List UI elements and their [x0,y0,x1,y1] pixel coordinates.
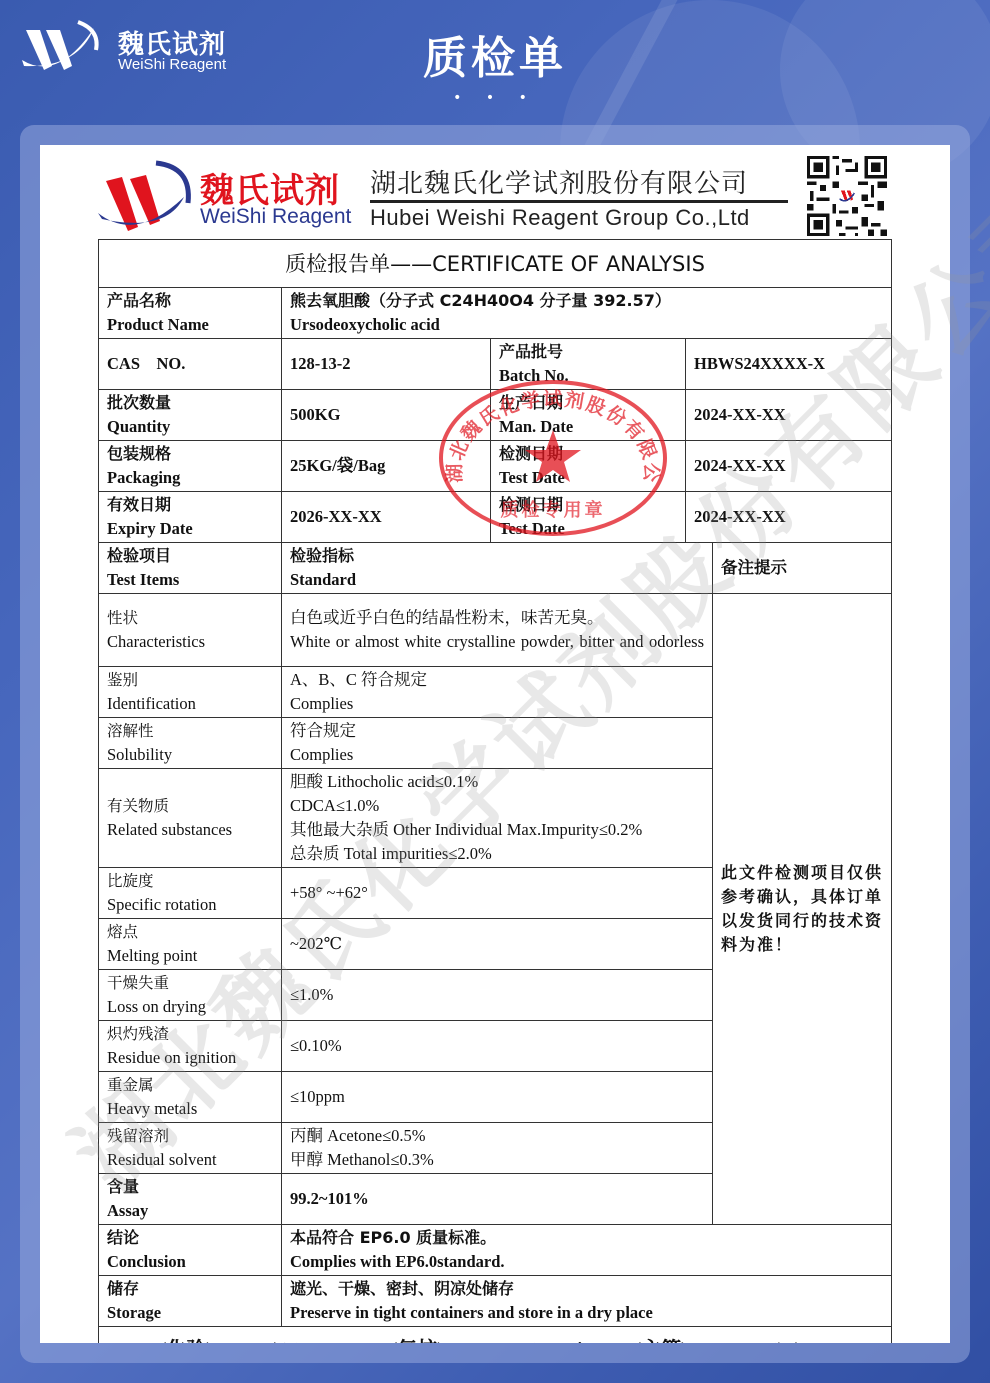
test-item-standard: 符合规定Complies [282,718,713,769]
table-row-expiry: 有效日期 Expiry Date 2026-XX-XX 检测日期 Test Da… [99,492,892,543]
standard-line: 符合规定 [290,719,704,743]
test-name-en: Residue on ignition [107,1046,273,1070]
label-en: Man. Date [499,415,677,439]
retester-label: Re-tester(复核): [313,1339,451,1344]
signatures-cell: Tester(化验):Li jun 李军 Re-tester(复核):Wangy… [99,1327,892,1344]
header-en: Standard [290,568,704,592]
value-cell: 遮光、干燥、密封、阴凉处储存 Preserve in tight contain… [282,1276,892,1327]
label-en: Expiry Date [107,517,273,541]
value-cell: 熊去氧胆酸（分子式 C24H40O4 分子量 392.57） Ursodeoxy… [282,288,892,339]
test-name-cn: 比旋度 [107,869,273,893]
label-cell: 包装规格 Packaging [99,441,282,492]
standard-line: Complies [290,692,704,716]
weishi-logo-icon [96,157,196,237]
page-title: 质检单 [0,22,990,86]
test-name-cn: 炽灼残渣 [107,1022,273,1046]
table-row-conclusion: 结论 Conclusion 本品符合 EP6.0 质量标准。 Complies … [99,1225,892,1276]
label-cell: 储存 Storage [99,1276,282,1327]
label-cell: 批次数量 Quantity [99,390,282,441]
standard-line: 总杂质 Total impurities≤2.0% [290,842,704,866]
test-name-cn: 有关物质 [107,794,273,818]
cas-label: CAS NO. [99,339,282,390]
header-cn: 检验指标 [290,544,704,568]
test-name-cn: 含量 [107,1175,273,1199]
storage-cn: 遮光、干燥、密封、阴凉处储存 [290,1277,883,1301]
test-name-en: Melting point [107,944,273,968]
standard-line: White or almost white crystalline powder… [290,630,704,654]
director-name: Zhangjian [694,1343,765,1344]
test-date-value: 2024-XX-XX [686,441,892,492]
standard-line: Complies [290,743,704,767]
label-cn: 检测日期 [499,493,677,517]
label-cn: 生产日期 [499,391,677,415]
standard-line: 白色或近乎白色的结晶性粉末，味苦无臭。 [290,606,704,630]
tester-label: Tester(化验): [107,1339,220,1344]
test-name-en: Solubility [107,743,273,767]
label-en: Batch No. [499,364,677,388]
label-en: Test Date [499,517,677,541]
remarks-cell: 此文件检测项目仅供参考确认，具体订单以发货同行的技术资料为准！ [713,594,892,1225]
test-item-name: 残留溶剂Residual solvent [99,1123,282,1174]
table-row-storage: 储存 Storage 遮光、干燥、密封、阴凉处储存 Preserve in ti… [99,1276,892,1327]
test-date-value: 2024-XX-XX [686,492,892,543]
test-item-standard: 白色或近乎白色的结晶性粉末，味苦无臭。White or almost white… [282,594,713,667]
label-cn: 包装规格 [107,442,273,466]
label-cn: 产品批号 [499,340,677,364]
company-name-en: Hubei Weishi Reagent Group Co.,Ltd [370,205,750,231]
test-name-en: Related substances [107,818,273,842]
label-en: Conclusion [107,1250,273,1274]
label-en: Storage [107,1301,273,1325]
certificate-title-text: 质检报告单——CERTIFICATE OF ANALYSIS [285,252,705,276]
batch-value: HBWS24XXXX-X [686,339,892,390]
label-en: Product Name [107,313,273,337]
test-item-name: 含量Assay [99,1174,282,1225]
director-label: Director(主管): [563,1339,695,1344]
test-item-name: 熔点Melting point [99,919,282,970]
letterhead-brand-en: WeiShi Reagent [200,205,351,229]
test-name-en: Heavy metals [107,1097,273,1121]
test-name-cn: 性状 [107,606,273,630]
column-header-test-items: 检验项目 Test Items [99,543,282,594]
test-name-cn: 鉴别 [107,668,273,692]
test-item-row: 性状Characteristics白色或近乎白色的结晶性粉末，味苦无臭。Whit… [99,594,892,667]
table-header-row: 检验项目 Test Items 检验指标 Standard 备注提示 [99,543,892,594]
letterhead-divider [370,200,788,203]
director-name-cn: 张建 [770,1341,802,1344]
label-cell: 生产日期 Man. Date [491,390,686,441]
standard-line: 其他最大杂质 Other Individual Max.Impurity≤0.2… [290,818,704,842]
label-cn: 产品名称 [107,289,273,313]
header-en: Test Items [107,568,273,592]
label-cn: 结论 [107,1226,273,1250]
label-cell: 产品批号 Batch No. [491,339,686,390]
test-item-name: 炽灼残渣Residue on ignition [99,1021,282,1072]
test-item-standard: 丙酮 Acetone≤0.5%甲醇 Methanol≤0.3% [282,1123,713,1174]
label-cn: 有效日期 [107,493,273,517]
test-name-cn: 干燥失重 [107,971,273,995]
certificate-table: 质检报告单——CERTIFICATE OF ANALYSIS 产品名称 Prod… [98,239,892,1343]
label-en: Test Date [499,466,677,490]
column-header-remarks: 备注提示 [713,543,892,594]
conclusion-cn: 本品符合 EP6.0 质量标准。 [290,1226,883,1250]
standard-line: 丙酮 Acetone≤0.5% [290,1124,704,1148]
test-item-standard: ~202℃ [282,919,713,970]
standard-line: ≤1.0% [290,983,704,1007]
test-name-en: Assay [107,1199,273,1223]
value-cell: 本品符合 EP6.0 质量标准。 Complies with EP6.0stan… [282,1225,892,1276]
retester-name-cn: 王云 [521,1341,553,1344]
test-item-standard: ≤1.0% [282,970,713,1021]
standard-line: 胆酸 Lithocholic acid≤0.1% [290,770,704,794]
table-row-cas-batch: CAS NO. 128-13-2 产品批号 Batch No. HBWS24XX… [99,339,892,390]
test-item-standard: A、B、C 符合规定Complies [282,667,713,718]
company-name-cn: 湖北魏氏化学试剂股份有限公司 [370,163,748,200]
test-item-name: 干燥失重Loss on drying [99,970,282,1021]
test-item-name: 比旋度Specific rotation [99,868,282,919]
table-row-packaging: 包装规格 Packaging 25KG/袋/Bag 检测日期 Test Date… [99,441,892,492]
test-name-en: Specific rotation [107,893,273,917]
title-dots-decoration: • • • [0,90,990,106]
standard-line: A、B、C 符合规定 [290,668,704,692]
label-cn: 批次数量 [107,391,273,415]
test-item-standard: ≤10ppm [282,1072,713,1123]
standard-line: ≤0.10% [290,1034,704,1058]
test-item-name: 鉴别Identification [99,667,282,718]
test-item-name: 有关物质Related substances [99,769,282,868]
certificate-title: 质检报告单——CERTIFICATE OF ANALYSIS [99,240,892,288]
label-cell: 检测日期 Test Date [491,441,686,492]
conclusion-en: Complies with EP6.0standard. [290,1250,883,1274]
product-name-cn: 熊去氧胆酸（分子式 C24H40O4 分子量 392.57） [290,289,883,313]
label-cell: 有效日期 Expiry Date [99,492,282,543]
storage-en: Preserve in tight containers and store i… [290,1301,883,1325]
standard-line: +58° ~+62° [290,881,704,905]
test-item-name: 性状Characteristics [99,594,282,667]
retester-name: Wangyun [451,1343,517,1344]
table-row-product-name: 产品名称 Product Name 熊去氧胆酸（分子式 C24H40O4 分子量… [99,288,892,339]
test-name-en: Characteristics [107,630,273,654]
quantity-value: 500KG [282,390,491,441]
label-cn: 检测日期 [499,442,677,466]
tester-name-cn: 李军 [267,1341,299,1344]
test-name-cn: 重金属 [107,1073,273,1097]
label-cell: 结论 Conclusion [99,1225,282,1276]
test-item-standard: 99.2~101% [282,1174,713,1225]
tester-name: Li jun [220,1343,262,1344]
certificate-paper: 魏氏试剂 WeiShi Reagent 湖北魏氏化学试剂股份有限公司 Hubei… [40,145,950,1343]
label-cell: 产品名称 Product Name [99,288,282,339]
remark-note: 此文件检测项目仅供参考确认，具体订单以发货同行的技术资料为准！ [721,861,883,957]
standard-line: ~202℃ [290,932,704,956]
product-name-en: Ursodeoxycholic acid [290,313,883,337]
label-cell: 检测日期 Test Date [491,492,686,543]
qr-code-icon [807,156,887,236]
table-row-quantity: 批次数量 Quantity 500KG 生产日期 Man. Date 2024-… [99,390,892,441]
certificate-title-row: 质检报告单——CERTIFICATE OF ANALYSIS [99,240,892,288]
test-item-name: 溶解性Solubility [99,718,282,769]
test-items-body: 性状Characteristics白色或近乎白色的结晶性粉末，味苦无臭。Whit… [99,594,892,1225]
standard-line: CDCA≤1.0% [290,794,704,818]
test-item-standard: +58° ~+62° [282,868,713,919]
label-en: Quantity [107,415,273,439]
test-item-name: 重金属Heavy metals [99,1072,282,1123]
packaging-value: 25KG/袋/Bag [282,441,491,492]
standard-line: ≤10ppm [290,1085,704,1109]
column-header-standard: 检验指标 Standard [282,543,713,594]
test-name-cn: 溶解性 [107,719,273,743]
test-name-cn: 熔点 [107,920,273,944]
test-name-en: Residual solvent [107,1148,273,1172]
signatures-row: Tester(化验):Li jun 李军 Re-tester(复核):Wangy… [99,1327,892,1344]
label-en: Packaging [107,466,273,490]
header-cn: 检验项目 [107,544,273,568]
expiry-value: 2026-XX-XX [282,492,491,543]
test-name-en: Identification [107,692,273,716]
test-item-standard: 胆酸 Lithocholic acid≤0.1%CDCA≤1.0%其他最大杂质 … [282,769,713,868]
test-item-standard: ≤0.10% [282,1021,713,1072]
standard-line: 99.2~101% [290,1187,704,1211]
standard-line: 甲醇 Methanol≤0.3% [290,1148,704,1172]
label-cn: 储存 [107,1277,273,1301]
test-name-cn: 残留溶剂 [107,1124,273,1148]
man-date-value: 2024-XX-XX [686,390,892,441]
test-name-en: Loss on drying [107,995,273,1019]
cas-value: 128-13-2 [282,339,491,390]
